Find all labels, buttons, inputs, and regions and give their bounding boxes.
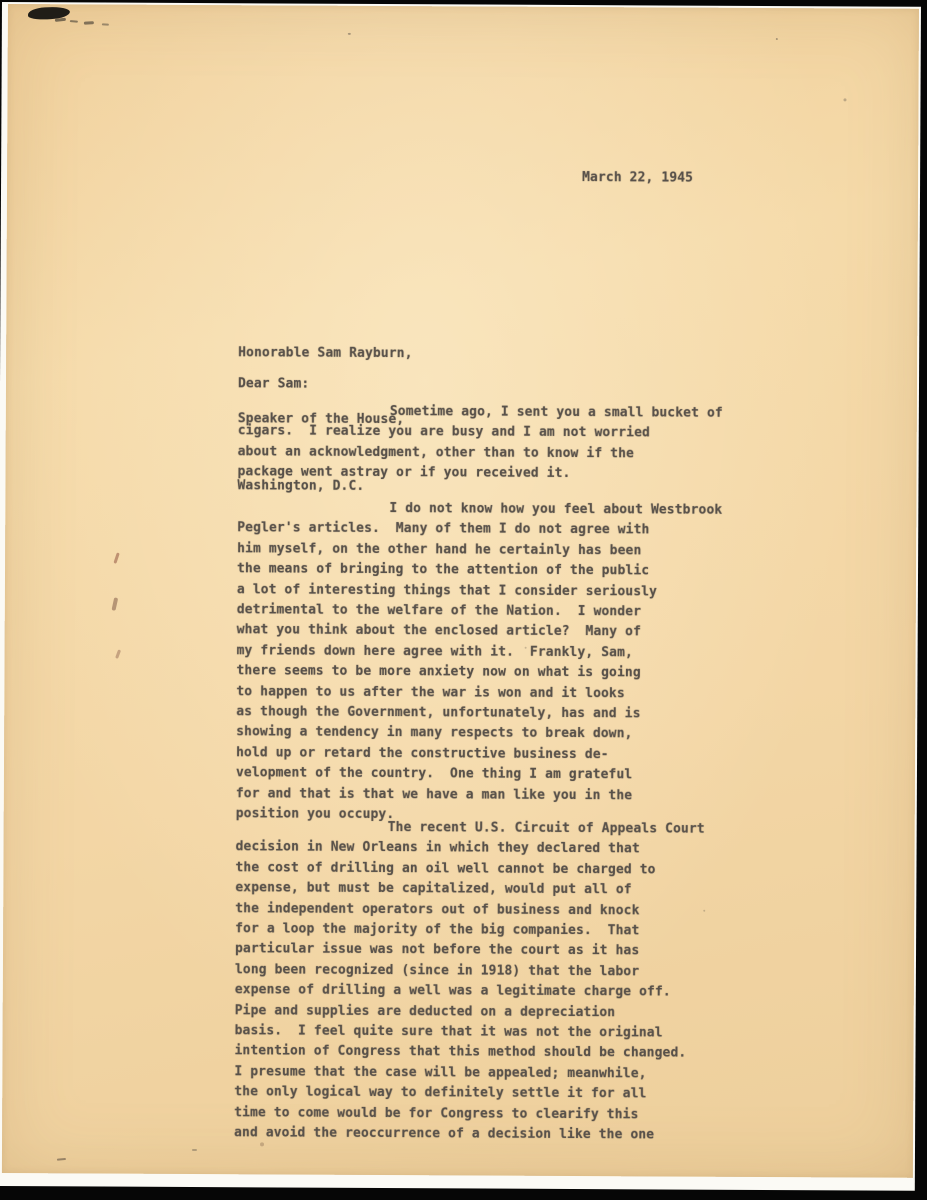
scan-backdrop: March 22, 1945 Honorable Sam Rayburn, Sp… xyxy=(0,2,921,1191)
salutation: Dear Sam: xyxy=(238,374,309,395)
paper-speck xyxy=(192,1149,197,1151)
paper-speck xyxy=(776,38,778,40)
paper-speck xyxy=(348,33,351,35)
letter-page: March 22, 1945 Honorable Sam Rayburn, Sp… xyxy=(2,4,919,1178)
letter-date: March 22, 1945 xyxy=(582,168,693,189)
margin-scuff-mark xyxy=(112,597,119,611)
scan-smudge-dash xyxy=(55,18,66,22)
margin-scuff-mark xyxy=(113,552,119,563)
margin-scuff-mark xyxy=(115,649,121,658)
paper-speck xyxy=(57,1158,66,1161)
scan-smudge-dash xyxy=(84,21,94,25)
scan-smudge-blob xyxy=(28,6,71,20)
scan-smudge-dash xyxy=(70,20,78,23)
paper-speck xyxy=(843,98,846,101)
letter-paragraph-1: Sometime ago, I sent you a small bucket … xyxy=(237,401,722,485)
letter-paragraph-2: I do not know how you feel about Westbro… xyxy=(236,498,723,827)
recipient-name: Honorable Sam Rayburn, xyxy=(238,342,413,365)
scan-smudge-dash xyxy=(102,23,109,25)
letter-paragraph-3: The recent U.S. Circuit of Appeals Court… xyxy=(234,817,705,1146)
scan-frame: March 22, 1945 Honorable Sam Rayburn, Sp… xyxy=(0,0,927,1200)
